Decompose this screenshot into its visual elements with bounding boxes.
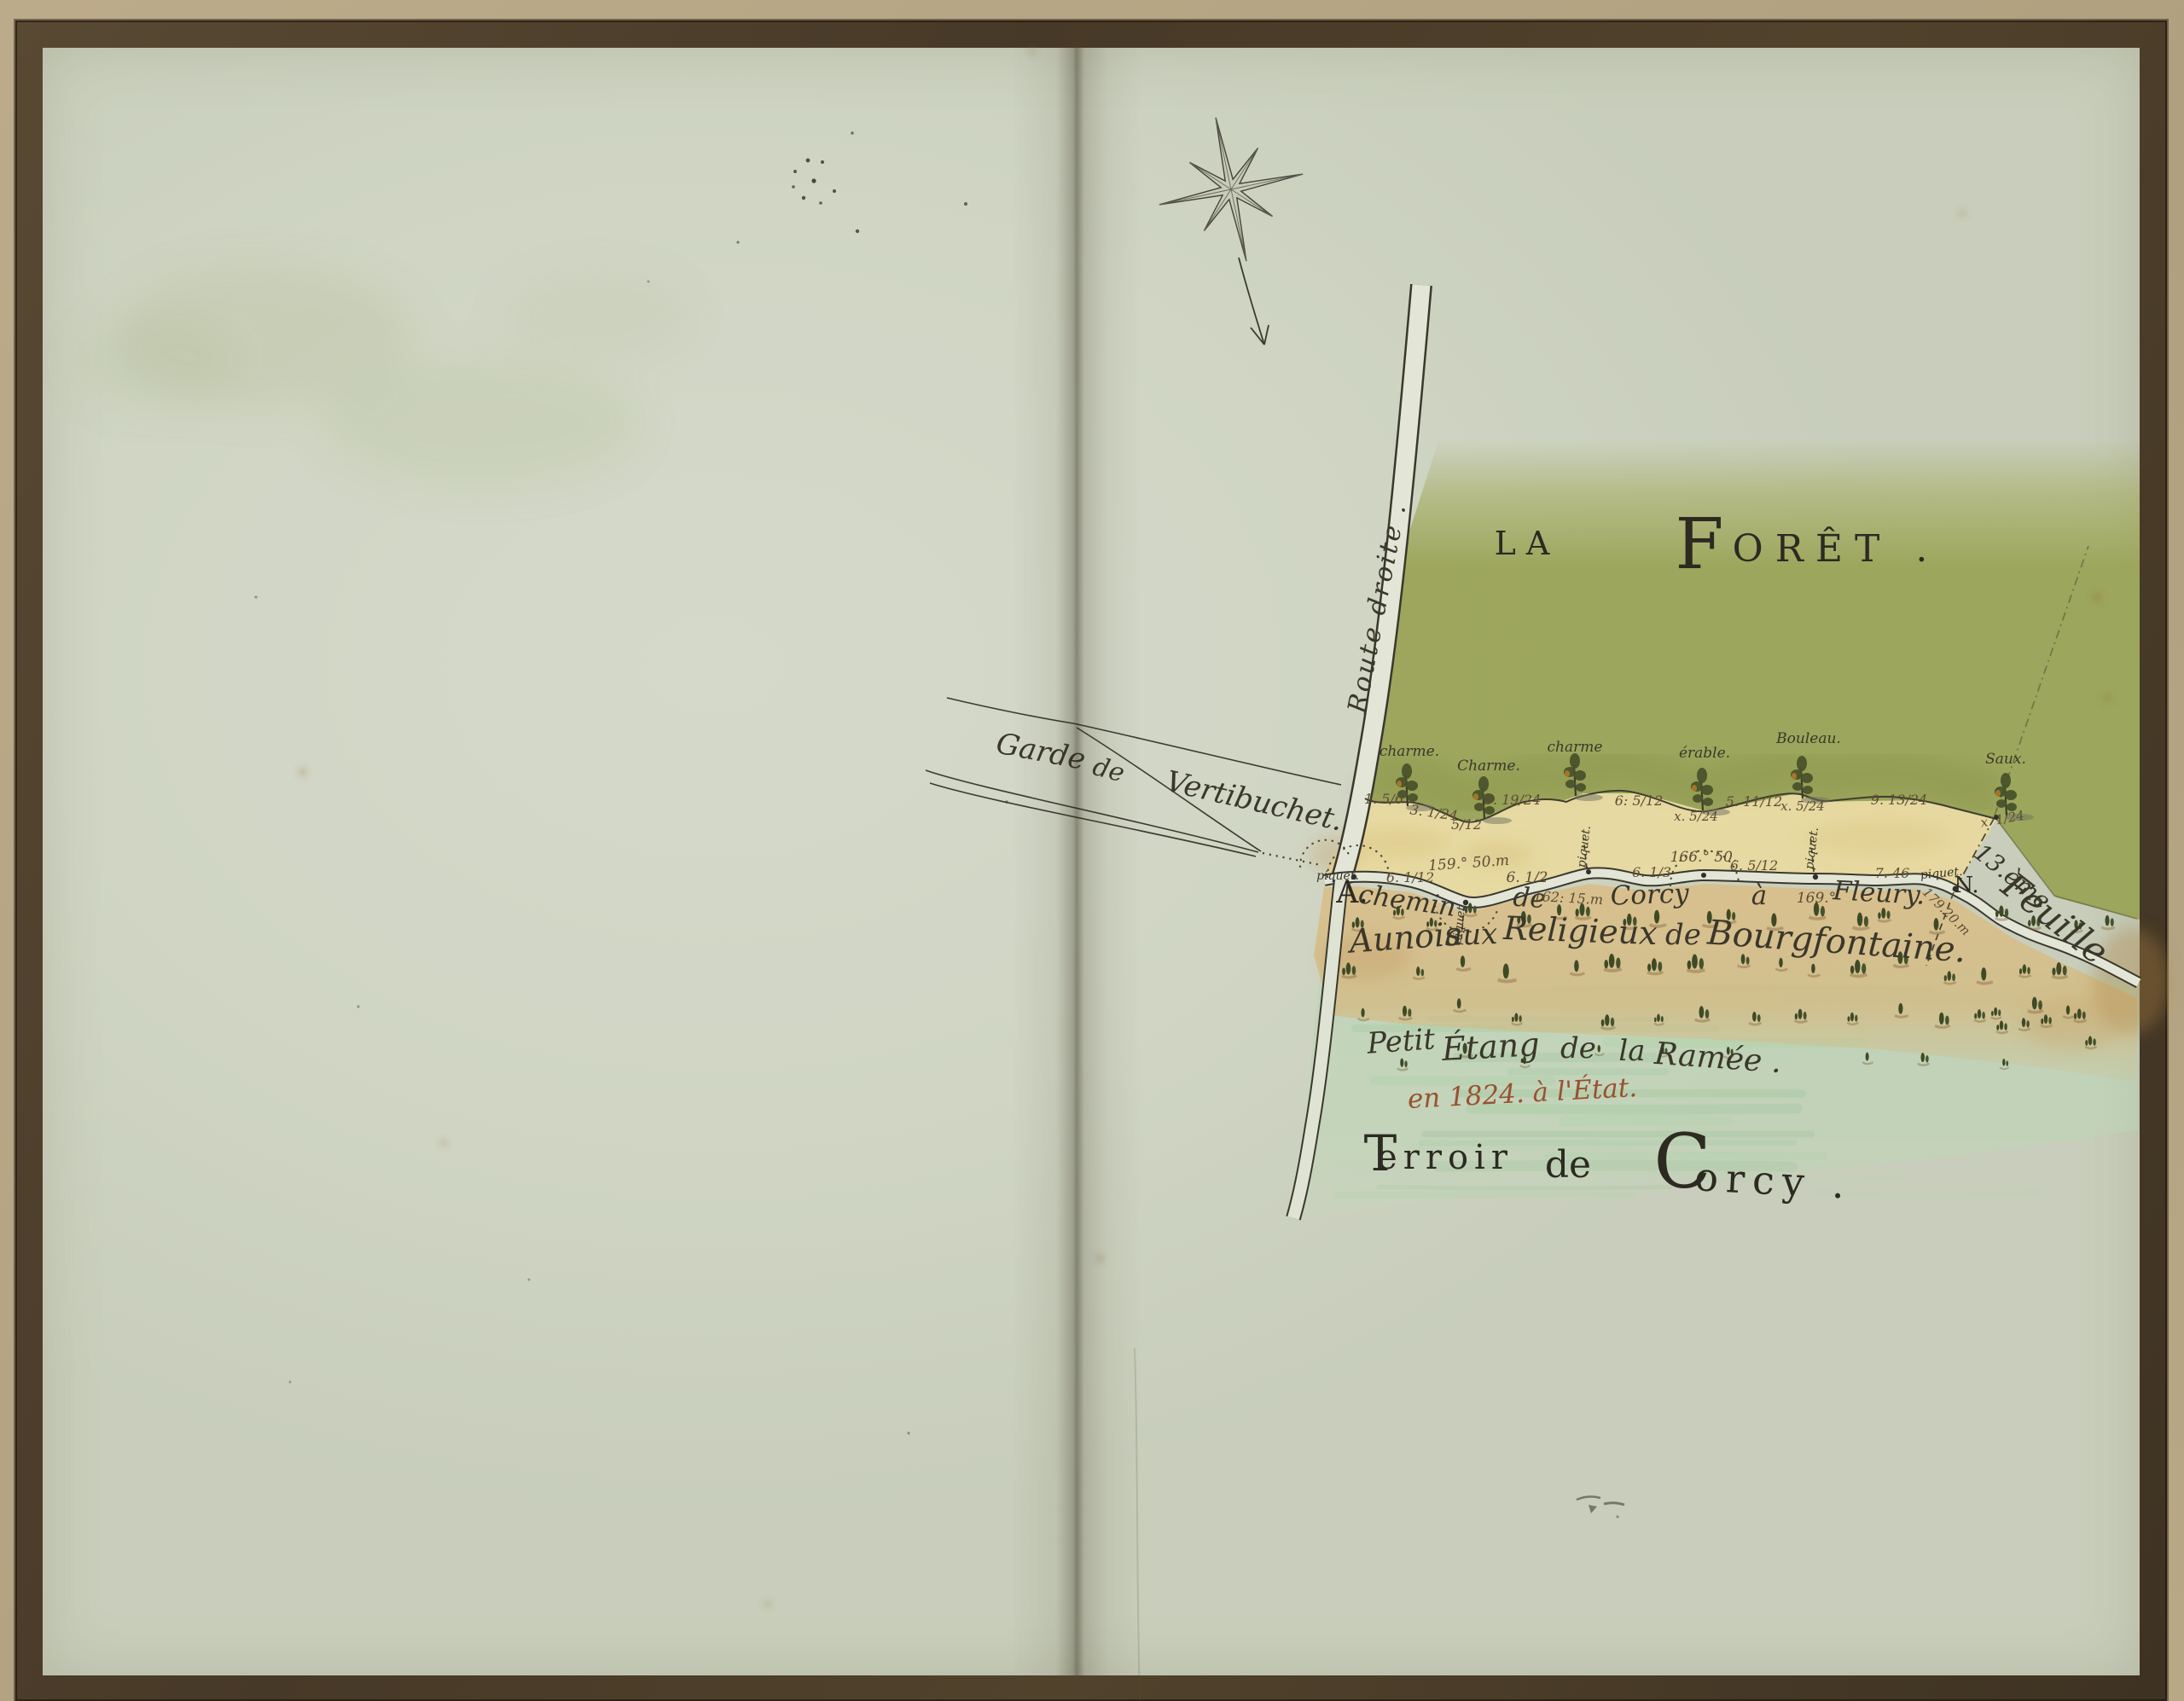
map-label-etang-la: la: [1618, 1034, 1645, 1068]
map-label-religieux-de: de: [1665, 918, 1701, 952]
map-label-d-169: 169.°: [1797, 890, 1836, 907]
tree-label: Bouleau.: [1775, 730, 1841, 747]
map-label-m-5: 6: 5/12: [1615, 792, 1664, 809]
map-label-m-14: 6. 1/3: [1632, 864, 1671, 880]
map-label-religieux: Religieux: [1502, 909, 1658, 952]
map-label-m-9: 9. 13/24: [1871, 792, 1927, 808]
page-crease: [1135, 1348, 1140, 1701]
tree-label: charme: [1548, 739, 1603, 756]
tree-label: charme.: [1380, 743, 1439, 760]
map-label-chemin-corcy: Corcy: [1610, 878, 1690, 911]
compass-needle: [1239, 258, 1269, 345]
map-label-m-13: 6. 1/2: [1507, 869, 1548, 886]
map-label-m-7: 5. 11/12: [1726, 793, 1782, 810]
map-label-m-17: 7. 46: [1875, 865, 1910, 881]
map-label-m-16: 6. 5/12: [1730, 857, 1778, 874]
map-label-m-8: x. 5/24: [1780, 798, 1825, 814]
offset-ink-stain: [77, 264, 691, 486]
map-label-m-4: 5. 19/24: [1484, 792, 1541, 808]
map-label-vertibuchet: Vertibuchet.: [1163, 764, 1346, 839]
map-label-corcy: orcy .: [1693, 1153, 1853, 1208]
map-label-m-6: x. 5/24: [1674, 809, 1718, 824]
map-label-la: LA: [1495, 525, 1560, 562]
map-label-foret: ORÊT .: [1733, 525, 1940, 571]
tree-label: érable.: [1679, 745, 1730, 762]
map-label-m-15: 166.° 50.: [1670, 849, 1738, 866]
map-label-m-1: 1. 5/6: [1364, 791, 1403, 807]
tree-label: Charme.: [1457, 758, 1520, 775]
tree-label: Saux.: [1985, 751, 2026, 768]
map-label-terroir: erroir: [1377, 1138, 1513, 1177]
map-label-m-11: 6. 1/12: [1386, 869, 1434, 885]
map-label-garde: Garde: [993, 726, 1088, 776]
atlas-book-spread: charme.Charme.charmeérable.Bouleau.Saux.…: [0, 0, 2184, 1701]
map-label-etang-de: de: [1560, 1031, 1596, 1065]
map-label-m-3: 5/12: [1451, 816, 1482, 833]
map-label-chemin-a: à: [1751, 880, 1767, 911]
map-label-piquet-1: piquet.: [1316, 869, 1359, 883]
hand-drawn-map: charme.Charme.charmeérable.Bouleau.Saux.…: [0, 0, 2184, 1701]
vertibuchet-road-lines: [926, 698, 1341, 865]
map-label-foret-initial: F: [1676, 504, 1724, 585]
compass-star: [1159, 118, 1303, 261]
map-label-etang: Étang: [1440, 1025, 1541, 1068]
map-label-petit: Petit: [1365, 1022, 1437, 1061]
map-label-terroir-de: de: [1545, 1143, 1591, 1187]
ink-smudge: [1577, 1496, 1624, 1518]
